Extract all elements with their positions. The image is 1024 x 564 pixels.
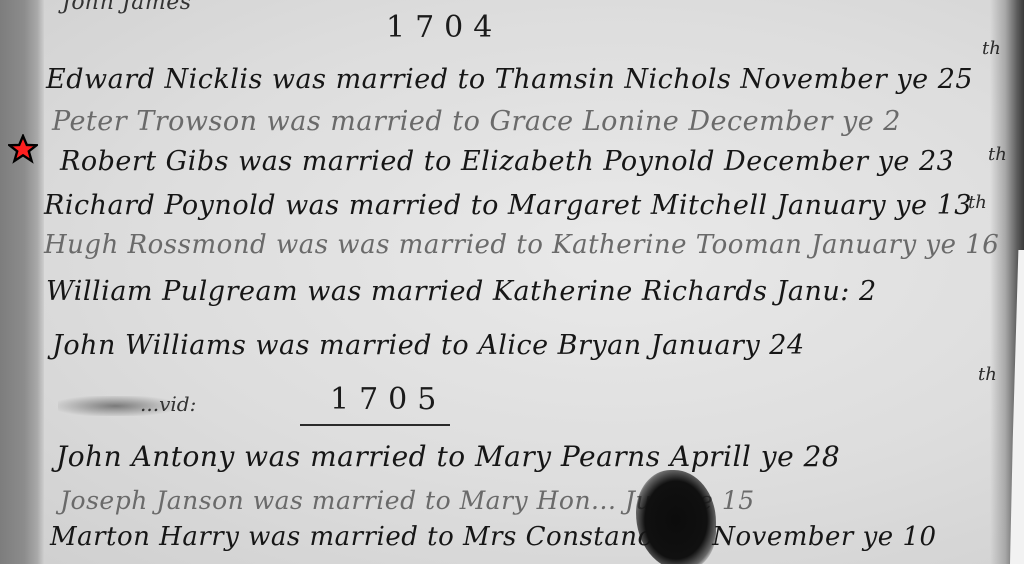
margin-note: th bbox=[968, 192, 987, 213]
ink-blot bbox=[636, 470, 716, 564]
year-heading-1704: 1704 bbox=[386, 10, 502, 45]
margin-note: th bbox=[988, 144, 1007, 165]
entry-row: Robert Gibs was married to Elizabeth Poy… bbox=[60, 146, 954, 177]
year-underline bbox=[300, 424, 450, 426]
entry-row: Marton Harry was married to Mrs Constanc… bbox=[50, 522, 937, 552]
star-icon bbox=[8, 134, 38, 164]
top-fragment: John James bbox=[62, 0, 192, 15]
left-note: ...vid: bbox=[140, 392, 196, 416]
entry-row: Peter Trowson was married to Grace Lonin… bbox=[52, 106, 901, 137]
entry-row: Hugh Rossmond was was married to Katheri… bbox=[44, 230, 999, 260]
entry-row: Edward Nicklis was married to Thamsin Ni… bbox=[46, 64, 973, 95]
margin-note: th bbox=[982, 38, 1001, 59]
margin-note: th bbox=[978, 364, 997, 385]
entry-row: Richard Poynold was married to Margaret … bbox=[44, 190, 972, 221]
year-heading-1705: 1705 bbox=[330, 382, 446, 417]
entry-row: William Pulgream was married Katherine R… bbox=[46, 276, 877, 307]
entry-row: John Antony was married to Mary Pearns A… bbox=[56, 440, 840, 473]
register-page: John James 1704 Edward Nicklis was marri… bbox=[0, 0, 1024, 564]
page-binding-shadow bbox=[0, 0, 44, 564]
entry-row: John Williams was married to Alice Bryan… bbox=[52, 330, 805, 361]
